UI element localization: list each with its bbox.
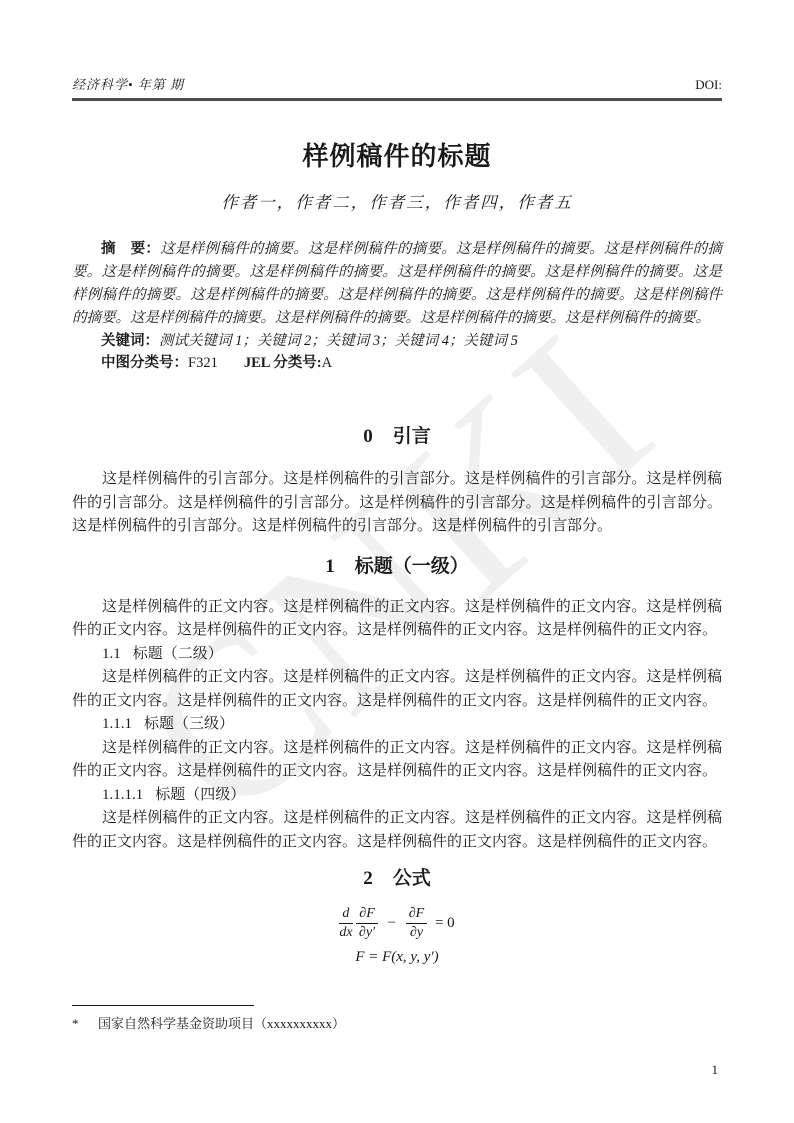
section-title: 标题（一级） [355,556,469,577]
keywords-line: 关键词：测试关键词 1；关键词 2；关键词 3；关键词 4；关键词 5 [72,330,722,352]
fraction-numerator: ∂F [406,906,427,924]
jel-label: JEL 分类号: [244,355,322,371]
minus-operator: − [388,915,396,932]
subsection-heading-1-1-1: 1.1.1标题（三级） [72,713,722,737]
doi-label: DOI: [695,77,722,93]
section-number: 2 [363,868,373,889]
keywords-label: 关键词： [101,333,159,349]
function-definition-equation: F = F(x, y, y′) [72,949,722,966]
body-paragraph: 这是样例稿件的正文内容。这是样例稿件的正文内容。这是样例稿件的正文内容。这是样例… [72,807,722,854]
subsection-title: 标题（三级） [144,716,234,732]
body-paragraph: 这是样例稿件的正文内容。这是样例稿件的正文内容。这是样例稿件的正文内容。这是样例… [72,596,722,643]
document-page: CNKI 经济科学• 年第 期 DOI: 样例稿件的标题 作者一，作者二，作者三… [0,0,794,1123]
section-heading-0: 0引言 [72,424,722,450]
abstract-label: 摘 要： [101,241,160,257]
subsection-heading-1-1: 1.1标题（二级） [72,643,722,667]
abstract-text: 这是样例稿件的摘要。这是样例稿件的摘要。这是样例稿件的摘要。这是样例稿件的摘要。… [72,241,722,326]
fraction-denominator: ∂y [406,924,427,941]
article-title: 样例稿件的标题 [72,138,722,174]
fraction-d-dx: ddx [339,906,352,941]
footnote-area: *国家自然科学基金资助项目（xxxxxxxxxx） [72,1005,722,1032]
formula-block: ddx ∂F∂y′ − ∂F∂y = 0 F = F(x, y, y′) [72,906,722,966]
journal-name: 经济科学• 年第 期 [72,74,184,93]
intro-paragraph: 这是样例稿件的引言部分。这是样例稿件的引言部分。这是样例稿件的引言部分。这是样例… [72,468,722,539]
fraction-numerator: ∂F [356,906,377,924]
equation-rhs: = 0 [435,915,455,931]
body-paragraph: 这是样例稿件的正文内容。这是样例稿件的正文内容。这是样例稿件的正文内容。这是样例… [72,737,722,784]
section-number: 1 [325,556,335,577]
section-number: 0 [363,426,373,447]
classification-line: 中图分类号：F321JEL 分类号:A [72,352,722,374]
footnote-separator [72,1005,254,1006]
clc-label: 中图分类号： [101,355,188,371]
abstract-paragraph: 摘 要：这是样例稿件的摘要。这是样例稿件的摘要。这是样例稿件的摘要。这是样例稿件… [72,238,722,330]
footnote-text: 国家自然科学基金资助项目（xxxxxxxxxx） [98,1016,345,1031]
section-title: 引言 [393,426,431,447]
clc-value: F321 [188,355,218,371]
page-number: 1 [712,1062,719,1078]
subsection-title: 标题（二级） [133,646,223,662]
keywords-text: 测试关键词 1；关键词 2；关键词 3；关键词 4；关键词 5 [159,333,518,349]
page-header: 经济科学• 年第 期 DOI: [72,74,722,101]
body-paragraph: 这是样例稿件的正文内容。这是样例稿件的正文内容。这是样例稿件的正文内容。这是样例… [72,666,722,713]
fraction-denominator: ∂y′ [356,924,377,941]
fraction-numerator: d [339,906,352,924]
subsection-number: 1.1 [102,646,121,662]
fraction-dF-dy: ∂F∂y [406,906,427,941]
subsection-title: 标题（四级） [155,787,245,803]
subsection-number: 1.1.1 [102,716,132,732]
euler-lagrange-equation: ddx ∂F∂y′ − ∂F∂y = 0 [72,906,722,941]
section-heading-1: 1标题（一级） [72,554,722,580]
fraction-dF-dyprime: ∂F∂y′ [356,906,377,941]
section-heading-2: 2公式 [72,866,722,892]
footnote-text-line: *国家自然科学基金资助项目（xxxxxxxxxx） [72,1013,722,1032]
subsection-number: 1.1.1.1 [102,787,143,803]
subsection-heading-1-1-1-1: 1.1.1.1标题（四级） [72,784,722,808]
fraction-denominator: dx [339,924,352,941]
jel-value: A [322,355,332,371]
footnote-marker: * [72,1016,98,1032]
section-title: 公式 [393,868,431,889]
article-content: 样例稿件的标题 作者一，作者二，作者三，作者四，作者五 摘 要：这是样例稿件的摘… [72,100,722,966]
author-list: 作者一，作者二，作者三，作者四，作者五 [72,189,722,213]
